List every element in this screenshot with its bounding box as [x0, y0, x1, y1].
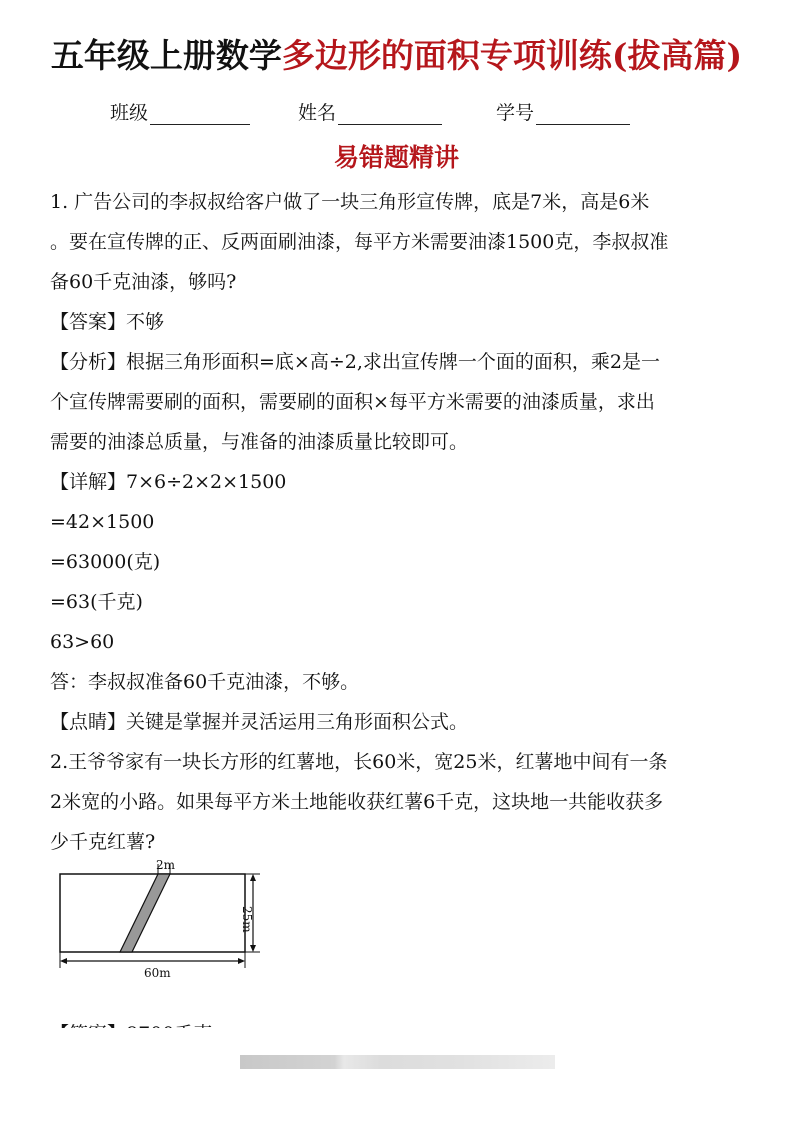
- problem-2-line: 少千克红薯?: [50, 824, 750, 864]
- problem-1-analysis: 【分析】根据三角形面积=底×高÷2,求出宣传牌一个面的面积，乘2是一: [50, 344, 750, 384]
- problem-1-line: 。要在宣传牌的正、反两面刷油漆，每平方米需要油漆1500克，李叔叔准: [50, 224, 750, 264]
- problem-1-analysis: 个宣传牌需要刷的面积，需要刷的面积×每平方米需要的油漆质量，求出: [50, 384, 750, 424]
- problem-1-line: 1. 广告公司的李叔叔给客户做了一块三角形宣传牌，底是7米，高是6米: [50, 184, 750, 224]
- class-label: 班级: [110, 98, 148, 125]
- title-grade: 五年级上册数学: [51, 36, 282, 75]
- name-field[interactable]: 姓名: [298, 98, 442, 125]
- problem-1-line: 备60千克油漆，够吗?: [50, 264, 750, 304]
- problem-1-solution-step: 【详解】7×6÷2×2×1500: [50, 464, 750, 504]
- section-title: 易错题精讲: [0, 138, 793, 174]
- problem-2-line: 2.王爷爷家有一块长方形的红薯地，长60米，宽25米，红薯地中间有一条: [50, 744, 750, 784]
- name-blank[interactable]: [338, 104, 442, 125]
- problem-2: 2.王爷爷家有一块长方形的红薯地，长60米，宽25米，红薯地中间有一条 2米宽的…: [50, 744, 750, 864]
- problem-2-answer: 【答案】8700千克: [50, 1016, 212, 1028]
- student-id-field[interactable]: 学号: [496, 98, 630, 125]
- document-title: 五年级上册数学多边形的面积专项训练(拔高篇): [0, 30, 793, 77]
- class-field[interactable]: 班级: [110, 98, 250, 125]
- problem-1-tip: 【点睛】关键是掌握并灵活运用三角形面积公式。: [50, 704, 750, 744]
- problem-1-solution-step: =63(千克): [50, 584, 750, 624]
- document-body: 1. 广告公司的李叔叔给客户做了一块三角形宣传牌，底是7米，高是6米 。要在宣传…: [50, 184, 750, 864]
- problem-2-answer-cut-off: 【答案】8700千克: [50, 1016, 212, 1028]
- problem-1-solution-step: =42×1500: [50, 504, 750, 544]
- problem-1: 1. 广告公司的李叔叔给客户做了一块三角形宣传牌，底是7米，高是6米 。要在宣传…: [50, 184, 750, 744]
- rectangle-field-with-path-icon: [48, 864, 278, 1014]
- student-id-label: 学号: [496, 98, 534, 125]
- field-width-label: 25m: [240, 906, 254, 933]
- path-width-label: 2m: [156, 858, 175, 872]
- problem-1-solution-step: =63000(克): [50, 544, 750, 584]
- title-topic: 多边形的面积专项训练(拔高篇): [282, 36, 742, 75]
- blurred-footer-watermark: [240, 1055, 555, 1069]
- field-diagram: 2m 25m 60m: [48, 864, 278, 1014]
- problem-1-solution-step: 63>60: [50, 624, 750, 664]
- class-blank[interactable]: [150, 104, 250, 125]
- name-label: 姓名: [298, 98, 336, 125]
- field-length-label: 60m: [144, 966, 171, 980]
- student-id-blank[interactable]: [536, 104, 630, 125]
- problem-1-answer: 【答案】不够: [50, 304, 750, 344]
- problem-1-analysis: 需要的油漆总质量，与准备的油漆质量比较即可。: [50, 424, 750, 464]
- problem-2-line: 2米宽的小路。如果每平方米土地能收获红薯6千克，这块地一共能收获多: [50, 784, 750, 824]
- problem-1-conclusion: 答：李叔叔准备60千克油漆，不够。: [50, 664, 750, 704]
